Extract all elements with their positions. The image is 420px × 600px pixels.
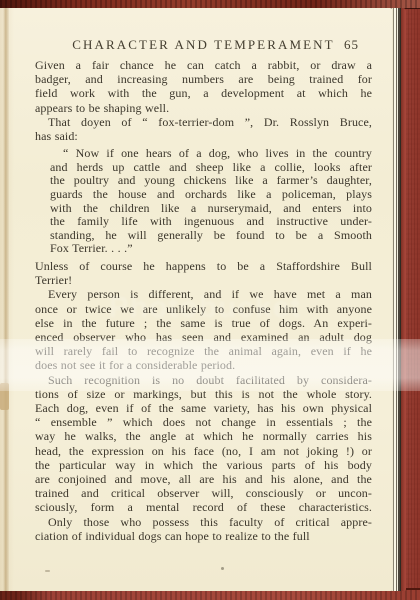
text-line: the particular way in which the various … (35, 458, 372, 472)
gutter-dark-patch (0, 383, 9, 410)
text-line: trained and critical observer will, cons… (35, 486, 372, 500)
scan-speck (45, 570, 50, 572)
text-line: Every person is different, and if we hav… (35, 287, 372, 301)
text-line: Fox Terrier. . . .” (50, 242, 372, 256)
text-line: has said: (35, 129, 372, 143)
text-line: field work with the gun, a development a… (35, 86, 372, 100)
text-line: once or twice we are unlikely to confuse… (35, 302, 372, 316)
text-line: and herds up cattle and sheep like a col… (50, 161, 372, 175)
text-line: sciously, form a mental record of these … (35, 500, 372, 514)
text-line: else in the future ; the same is true of… (35, 316, 372, 330)
paragraph: Every person is different, and if we hav… (35, 287, 372, 372)
paragraph: That doyen of “ fox-terrier-dom ”, Dr. R… (35, 115, 372, 143)
text-line: That doyen of “ fox-terrier-dom ”, Dr. R… (35, 115, 372, 129)
text-line: standing, he will generally be found to … (50, 229, 372, 243)
text-line: “ ensemble ” which does not change in es… (35, 415, 372, 429)
text-line: Given a fair chance he can catch a rabbi… (35, 58, 372, 72)
chapter-title: CHARACTER AND TEMPERAMENT (72, 37, 334, 53)
text-line: Only those who possess this faculty of c… (35, 515, 372, 529)
page-number: 65 (344, 37, 359, 53)
text-line: with the children like a nurserymaid, an… (50, 202, 372, 216)
blockquote: “ Now if one hears of a dog, who lives i… (50, 147, 372, 256)
paragraph: Given a fair chance he can catch a rabbi… (35, 58, 372, 115)
text-line: tions of size or markings, but this is n… (35, 387, 372, 401)
text-line: ciation of individual dogs can hope to r… (35, 529, 372, 543)
paragraph: Unless of course he happens to be a Staf… (35, 259, 372, 287)
text-line: head, the expression on his face (no, I … (35, 444, 372, 458)
text-line: Terrier! (35, 273, 372, 287)
text-block: Given a fair chance he can catch a rabbi… (35, 58, 372, 543)
text-line: Unless of course he happens to be a Staf… (35, 259, 372, 273)
text-line: appears to be shaping well. (35, 101, 372, 115)
text-line: Such recognition is no doubt facilitated… (35, 373, 372, 387)
running-header: CHARACTER AND TEMPERAMENT 65 (35, 37, 372, 53)
text-line: the family life with ingenuous and instr… (50, 215, 372, 229)
text-line: are conjoined and move, all are his and … (35, 472, 372, 486)
text-line: way he walks, the angle at which he norm… (35, 429, 372, 443)
text-line: does not see it for a considerable perio… (35, 358, 372, 372)
page-edge-lines (392, 8, 406, 591)
book-photo: CHARACTER AND TEMPERAMENT 65 Given a fai… (0, 0, 420, 600)
text-line: guards the house and orchards like a pol… (50, 188, 372, 202)
text-line: enced observer who has seen and examined… (35, 330, 372, 344)
text-line: “ Now if one hears of a dog, who lives i… (50, 147, 372, 161)
text-line: the poultry and young chickens like a fa… (50, 174, 372, 188)
gutter-shadow (3, 8, 9, 591)
text-line: Each dog, even if of the same variety, h… (35, 401, 372, 415)
scan-speck (221, 567, 224, 570)
text-line: badger, and increasing numbers are being… (35, 72, 372, 86)
text-line: will rarely fail to recognize the animal… (35, 344, 372, 358)
paragraph: Such recognition is no doubt facilitated… (35, 373, 372, 543)
